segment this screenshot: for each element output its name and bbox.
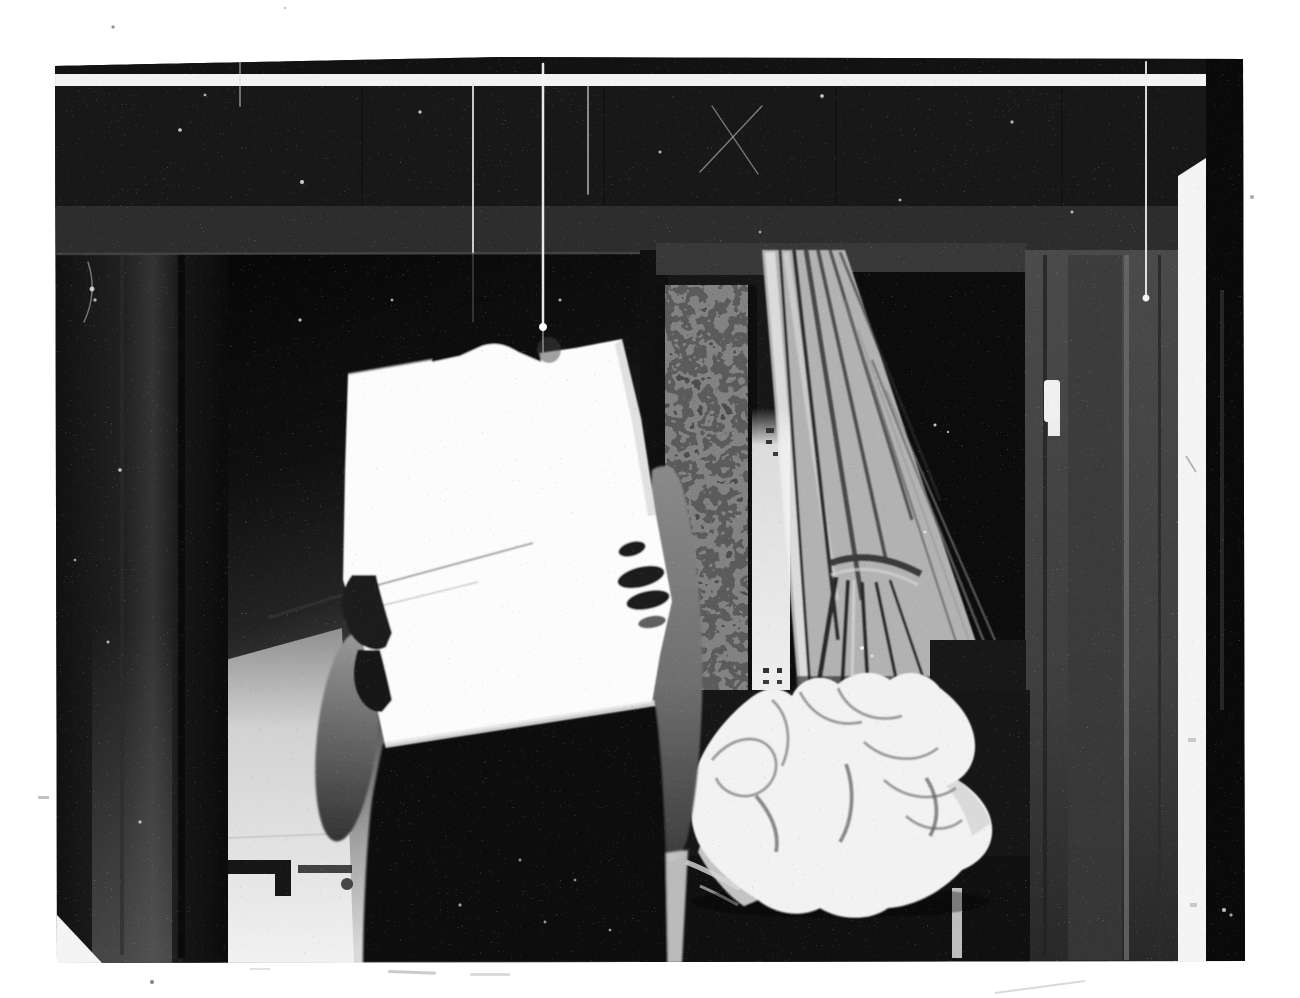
film-grain-black <box>40 50 1260 970</box>
photo-print-page <box>0 0 1300 998</box>
photo-scene <box>40 50 1260 970</box>
photograph <box>0 0 1300 998</box>
